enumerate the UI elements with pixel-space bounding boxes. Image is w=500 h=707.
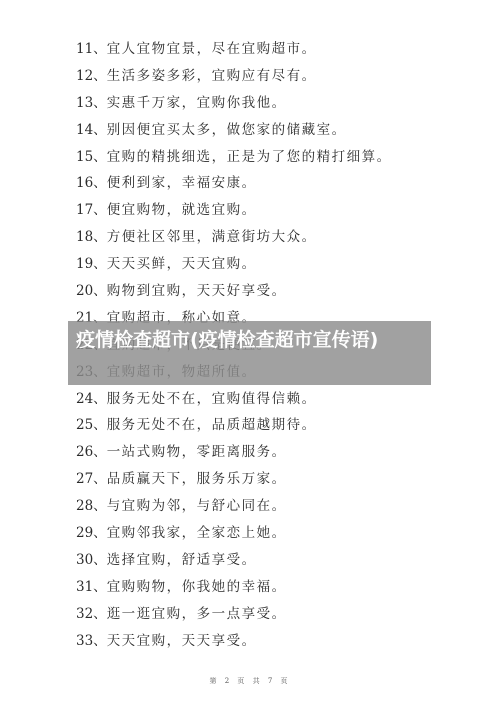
- item-number: 27、: [76, 471, 107, 487]
- item-number: 25、: [76, 417, 107, 433]
- page-number-footer: 第 2 页 共 7 页: [0, 676, 500, 686]
- list-item: 24、服务无处不在，宜购值得信赖。: [76, 389, 392, 416]
- document-page: 11、宜人宜物宜景，尽在宜购超市。12、生活多姿多彩，宜购应有尽有。13、实惠千…: [0, 0, 500, 707]
- item-number: 24、: [76, 391, 107, 407]
- item-number: 17、: [76, 202, 107, 218]
- item-number: 16、: [76, 175, 107, 191]
- item-text: 宜购购物，你我她的幸福。: [107, 579, 287, 595]
- list-item: 25、服务无处不在，品质超越期待。: [76, 415, 392, 442]
- item-number: 32、: [76, 606, 107, 622]
- list-item: 28、与宜购为邻，与舒心同在。: [76, 496, 392, 523]
- item-text: 别因便宜买太多，做您家的储藏室。: [107, 122, 347, 138]
- item-number: 12、: [76, 68, 107, 84]
- list-item: 18、方便社区邻里，满意街坊大众。: [76, 227, 392, 254]
- item-text: 品质赢天下，服务乐万家。: [107, 471, 287, 487]
- item-text: 宜购的精挑细选，正是为了您的精打细算。: [107, 149, 392, 165]
- list-item: 15、宜购的精挑细选，正是为了您的精打细算。: [76, 147, 392, 174]
- item-text: 逛一逛宜购，多一点享受。: [107, 606, 287, 622]
- item-number: 26、: [76, 444, 107, 460]
- list-item: 11、宜人宜物宜景，尽在宜购超市。: [76, 39, 392, 66]
- list-item: 17、便宜购物，就选宜购。: [76, 200, 392, 227]
- item-text: 实惠千万家，宜购你我他。: [107, 95, 287, 111]
- item-text: 便利到家，幸福安康。: [107, 175, 257, 191]
- list-item: 27、品质赢天下，服务乐万家。: [76, 469, 392, 496]
- list-item: 26、一站式购物，零距离服务。: [76, 442, 392, 469]
- item-number: 30、: [76, 552, 107, 568]
- list-item: 32、逛一逛宜购，多一点享受。: [76, 604, 392, 631]
- item-number: 29、: [76, 525, 107, 541]
- item-text: 与宜购为邻，与舒心同在。: [107, 498, 287, 514]
- item-text: 服务无处不在，宜购值得信赖。: [107, 391, 317, 407]
- list-item: 30、选择宜购，舒适享受。: [76, 550, 392, 577]
- list-item: 13、实惠千万家，宜购你我他。: [76, 93, 392, 120]
- title-overlay-banner: 疫情检查超市(疫情检查超市宣传语): [68, 321, 431, 385]
- item-text: 一站式购物，零距离服务。: [107, 444, 287, 460]
- item-text: 天天买鲜，天天宜购。: [107, 256, 257, 272]
- item-text: 天天宜购，天天享受。: [107, 633, 257, 649]
- list-item: 16、便利到家，幸福安康。: [76, 173, 392, 200]
- list-item: 12、生活多姿多彩，宜购应有尽有。: [76, 66, 392, 93]
- item-text: 服务无处不在，品质超越期待。: [107, 417, 317, 433]
- list-item: 20、购物到宜购，天天好享受。: [76, 281, 392, 308]
- item-number: 13、: [76, 95, 107, 111]
- item-text: 选择宜购，舒适享受。: [107, 552, 257, 568]
- list-item: 19、天天买鲜，天天宜购。: [76, 254, 392, 281]
- item-number: 14、: [76, 122, 107, 138]
- item-text: 方便社区邻里，满意街坊大众。: [107, 229, 317, 245]
- list-item: 33、天天宜购，天天享受。: [76, 631, 392, 658]
- list-item: 31、宜购购物，你我她的幸福。: [76, 577, 392, 604]
- item-number: 31、: [76, 579, 107, 595]
- item-number: 20、: [76, 283, 107, 299]
- item-text: 便宜购物，就选宜购。: [107, 202, 257, 218]
- item-number: 19、: [76, 256, 107, 272]
- item-text: 购物到宜购，天天好享受。: [107, 283, 287, 299]
- item-number: 11、: [76, 41, 107, 57]
- item-text: 宜购邻我家，全家恋上她。: [107, 525, 287, 541]
- overlay-title: 疫情检查超市(疫情检查超市宣传语): [76, 327, 426, 354]
- item-text: 宜人宜物宜景，尽在宜购超市。: [107, 41, 317, 57]
- list-item: 29、宜购邻我家，全家恋上她。: [76, 523, 392, 550]
- item-number: 33、: [76, 633, 107, 649]
- item-number: 28、: [76, 498, 107, 514]
- item-number: 15、: [76, 149, 107, 165]
- item-number: 18、: [76, 229, 107, 245]
- item-text: 生活多姿多彩，宜购应有尽有。: [107, 68, 317, 84]
- list-item: 14、别因便宜买太多，做您家的储藏室。: [76, 120, 392, 147]
